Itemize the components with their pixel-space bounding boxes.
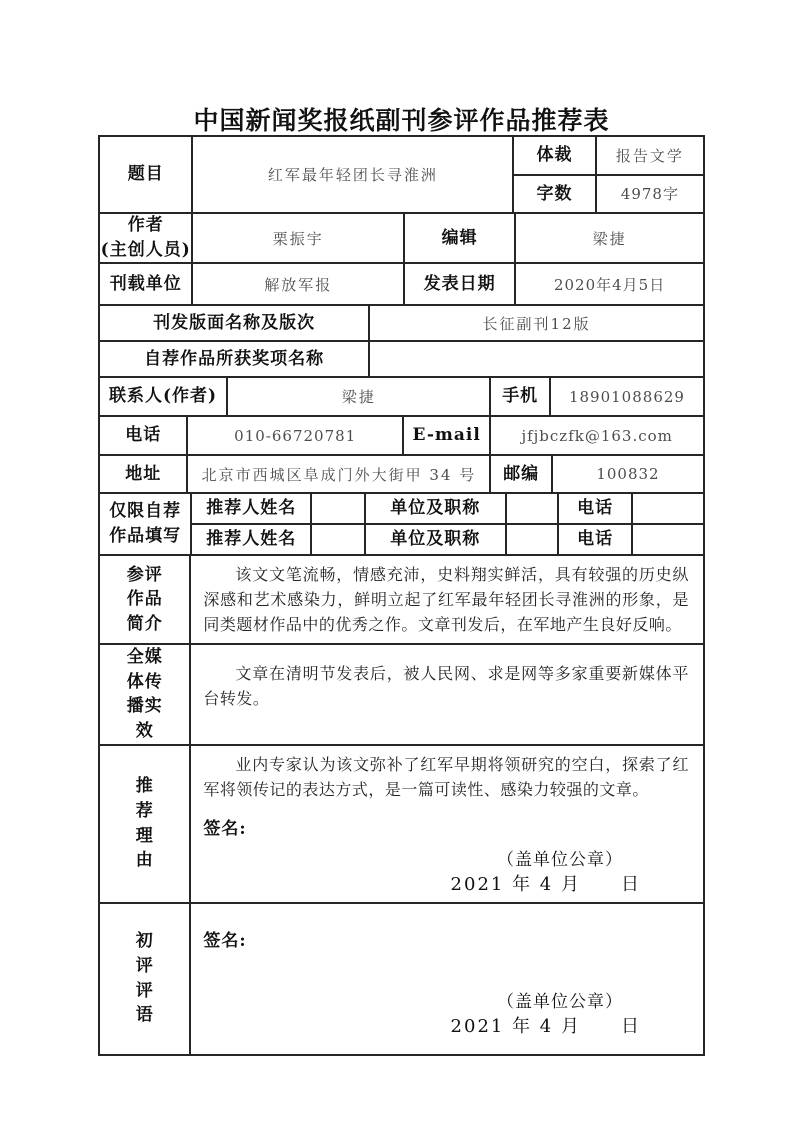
title-value: 红军最年轻团长寻淮洲: [268, 164, 438, 185]
recommender-name-label-2: 推荐人姓名: [206, 528, 296, 550]
row-recommend-reason: 推 荐 理 由 业内专家认为该文弥补了红军早期将领研究的空白，探索了红军将领传记…: [100, 744, 703, 902]
postcode-value: 100832: [596, 465, 659, 483]
editor-label-cell: 编辑: [403, 214, 514, 262]
publish-date-value-cell: 2020年4月5日: [514, 264, 703, 304]
recommender-phone-value-cell: [631, 494, 703, 523]
row-award: 自荐作品所获奖项名称: [100, 340, 703, 376]
editor-value: 梁捷: [593, 228, 627, 249]
intro-text: 该文文笔流畅，情感充沛，史料翔实鲜活，具有较强的历史纵深感和艺术感染力，鲜明立起…: [203, 562, 689, 637]
intro-label-cell: 参评 作品 简介: [100, 556, 189, 643]
initial-label-line1: 初: [136, 929, 154, 954]
recommend-stamp-note: （盖单位公章）: [203, 845, 689, 870]
genre-label: 体裁: [537, 144, 573, 166]
award-value-cell: [368, 342, 703, 376]
row-contact: 联系人(作者) 梁捷 手机 18901088629: [100, 376, 703, 415]
media-effect-label-cell: 全媒 体传 播实 效: [100, 645, 189, 744]
initial-label-line4: 语: [136, 1003, 154, 1028]
layout-value-cell: 长征副刊12版: [368, 306, 703, 340]
genre-subrow: 体裁 报告文学: [514, 137, 703, 174]
media-label-line4: 效: [136, 719, 154, 744]
genre-label-cell: 体裁: [514, 137, 595, 174]
recommend-reason-label-cell: 推 荐 理 由: [100, 746, 189, 902]
layout-value: 长征副刊12版: [483, 313, 591, 334]
row-initial-review: 初 评 评 语 签名: （盖单位公章） 2021 年 4 月 日: [100, 902, 703, 1054]
mobile-value: 18901088629: [569, 388, 685, 406]
row-self-recommend: 仅限自荐 作品填写 推荐人姓名 单位及职称: [100, 492, 703, 554]
row-author: 作者 (主创人员) 栗振宇 编辑 梁捷: [100, 212, 703, 262]
initial-label-line2: 评: [136, 954, 154, 979]
recommender-name-label-cell: 推荐人姓名: [192, 494, 310, 523]
email-label-cell: E-mail: [402, 417, 489, 454]
wordcount-subrow: 字数 4978字: [514, 174, 703, 213]
self-recommend-stack: 推荐人姓名 单位及职称 电话: [190, 494, 703, 554]
recommender-unit-label: 单位及职称: [390, 497, 480, 519]
initial-date: 2021 年 4 月 日: [203, 1012, 689, 1038]
postcode-label-cell: 邮编: [489, 456, 551, 492]
contact-label: 联系人(作者): [109, 385, 217, 407]
publisher-value-cell: 解放军报: [191, 264, 403, 304]
address-value-cell: 北京市西城区阜成门外大街甲 34 号: [186, 456, 489, 492]
email-label: E-mail: [413, 424, 481, 446]
self-recommend-label-line2: 作品填写: [109, 524, 181, 549]
reason-label-line4: 由: [136, 848, 154, 873]
media-effect-text: 文章在清明节发表后，被人民网、求是网等多家重要新媒体平台转发。: [203, 661, 689, 711]
wordcount-label: 字数: [537, 183, 573, 205]
phone-label: 电话: [125, 424, 161, 446]
contact-label-cell: 联系人(作者): [100, 378, 226, 415]
publisher-value: 解放军报: [264, 274, 332, 295]
wordcount-value: 4978字: [621, 183, 679, 204]
author-value-cell: 栗振宇: [191, 214, 403, 262]
recommend-reason-content-cell: 业内专家认为该文弥补了红军早期将领研究的空白，探索了红军将领传记的表达方式，是一…: [189, 746, 703, 902]
author-label-cell: 作者 (主创人员): [100, 214, 191, 262]
recommender-unit-value-cell-2: [505, 525, 557, 554]
recommender-name-value-cell: [310, 494, 363, 523]
recommender-phone-label-cell-2: 电话: [557, 525, 630, 554]
recommend-sign-label: 签名:: [203, 814, 689, 839]
award-label: 自荐作品所获奖项名称: [144, 348, 324, 370]
initial-sign-label: 签名:: [203, 926, 689, 951]
row-publisher: 刊载单位 解放军报 发表日期 2020年4月5日: [100, 262, 703, 304]
address-label: 地址: [125, 463, 161, 485]
initial-stamp-note: （盖单位公章）: [203, 987, 689, 1012]
recommender-phone-label-2: 电话: [577, 528, 613, 550]
recommender-phone-value-cell-2: [631, 525, 703, 554]
wordcount-label-cell: 字数: [514, 176, 595, 213]
recommender-phone-label: 电话: [577, 497, 613, 519]
recommender-unit-label-cell: 单位及职称: [364, 494, 505, 523]
row-media-effect: 全媒 体传 播实 效 文章在清明节发表后，被人民网、求是网等多家重要新媒体平台转…: [100, 643, 703, 744]
genre-value-cell: 报告文学: [595, 137, 703, 174]
self-recommend-label-line1: 仅限自荐: [109, 499, 181, 524]
publisher-label: 刊载单位: [110, 273, 182, 295]
recommender-name-label-cell-2: 推荐人姓名: [192, 525, 310, 554]
publisher-label-cell: 刊载单位: [100, 264, 191, 304]
address-value: 北京市西城区阜成门外大街甲 34 号: [202, 464, 477, 485]
row-title: 题目 红军最年轻团长寻淮洲 体裁 报告文学 字数: [100, 137, 703, 212]
recommend-reason-text: 业内专家认为该文弥补了红军早期将领研究的空白，探索了红军将领传记的表达方式，是一…: [203, 752, 689, 802]
row-intro: 参评 作品 简介 该文文笔流畅，情感充沛，史料翔实鲜活，具有较强的历史纵深感和艺…: [100, 554, 703, 643]
award-label-cell: 自荐作品所获奖项名称: [100, 342, 368, 376]
address-label-cell: 地址: [100, 456, 186, 492]
intro-label-line2: 作品: [127, 587, 163, 612]
title-label-cell: 题目: [100, 137, 191, 212]
email-value-cell: jfjbczfk@163.com: [489, 417, 703, 454]
row-address: 地址 北京市西城区阜成门外大街甲 34 号 邮编 100832: [100, 454, 703, 492]
recommender-name-label: 推荐人姓名: [206, 497, 296, 519]
publish-date-label: 发表日期: [424, 273, 496, 295]
title-label: 题目: [128, 163, 164, 185]
initial-review-label-cell: 初 评 评 语: [100, 904, 189, 1054]
email-value: jfjbczfk@163.com: [521, 427, 672, 445]
publish-date-value: 2020年4月5日: [554, 274, 665, 295]
recommend-date: 2021 年 4 月 日: [203, 870, 689, 896]
media-label-line2: 体传: [127, 670, 163, 695]
intro-label-line3: 简介: [127, 612, 163, 637]
phone-value-cell: 010-66720781: [186, 417, 402, 454]
postcode-label: 邮编: [503, 463, 539, 485]
reason-label-line1: 推: [136, 774, 154, 799]
recommender-name-value-cell-2: [310, 525, 363, 554]
recommender-unit-value-cell: [505, 494, 557, 523]
recommender-unit-label-2: 单位及职称: [390, 528, 480, 550]
mobile-value-cell: 18901088629: [549, 378, 703, 415]
form-table: 题目 红军最年轻团长寻淮洲 体裁 报告文学 字数: [98, 135, 705, 1056]
contact-value: 梁捷: [342, 386, 376, 407]
intro-content-cell: 该文文笔流畅，情感充沛，史料翔实鲜活，具有较强的历史纵深感和艺术感染力，鲜明立起…: [189, 556, 703, 643]
row-layout: 刊发版面名称及版次 长征副刊12版: [100, 304, 703, 340]
author-label-line2: (主创人员): [101, 238, 191, 263]
intro-label-line1: 参评: [127, 563, 163, 588]
mobile-label: 手机: [502, 385, 538, 407]
media-effect-content-cell: 文章在清明节发表后，被人民网、求是网等多家重要新媒体平台转发。: [189, 645, 703, 744]
contact-value-cell: 梁捷: [226, 378, 489, 415]
title-value-cell: 红军最年轻团长寻淮洲: [191, 137, 512, 212]
form-page: 中国新闻奖报纸副刊参评作品推荐表 题目 红军最年轻团长寻淮洲 体裁 报告文学: [0, 0, 800, 1131]
row-phone: 电话 010-66720781 E-mail jfjbczfk@163.com: [100, 415, 703, 454]
layout-label: 刊发版面名称及版次: [153, 312, 315, 334]
author-label-line1: 作者: [128, 213, 164, 238]
layout-label-cell: 刊发版面名称及版次: [100, 306, 368, 340]
self-recommend-label-cell: 仅限自荐 作品填写: [100, 494, 190, 554]
editor-label: 编辑: [442, 227, 478, 249]
recommender-subrow-2: 推荐人姓名 单位及职称 电话: [192, 523, 703, 554]
initial-review-content-cell: 签名: （盖单位公章） 2021 年 4 月 日: [189, 904, 703, 1054]
recommender-unit-label-cell-2: 单位及职称: [364, 525, 505, 554]
media-label-line3: 播实: [127, 694, 163, 719]
recommender-subrow-1: 推荐人姓名 单位及职称 电话: [192, 494, 703, 523]
initial-label-line3: 评: [136, 979, 154, 1004]
genre-value: 报告文学: [616, 145, 684, 166]
postcode-value-cell: 100832: [551, 456, 703, 492]
phone-label-cell: 电话: [100, 417, 186, 454]
genre-wordcount-stack: 体裁 报告文学 字数 4978字: [512, 137, 703, 212]
wordcount-value-cell: 4978字: [595, 176, 703, 213]
editor-value-cell: 梁捷: [514, 214, 703, 262]
publish-date-label-cell: 发表日期: [403, 264, 514, 304]
mobile-label-cell: 手机: [489, 378, 549, 415]
reason-label-line3: 理: [136, 824, 154, 849]
form-title: 中国新闻奖报纸副刊参评作品推荐表: [98, 101, 705, 137]
phone-value: 010-66720781: [234, 427, 356, 445]
recommender-phone-label-cell: 电话: [557, 494, 630, 523]
reason-label-line2: 荐: [136, 799, 154, 824]
author-value: 栗振宇: [273, 228, 324, 249]
media-label-line1: 全媒: [127, 645, 163, 670]
